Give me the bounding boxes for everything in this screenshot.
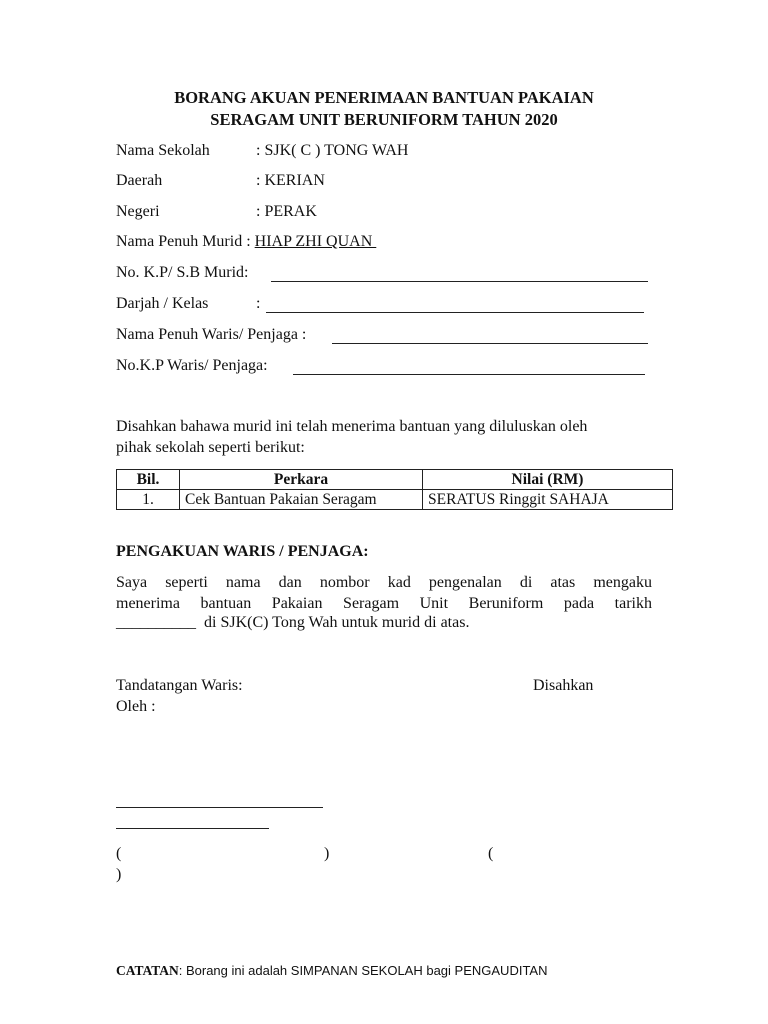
- acknowledgement-line-3-text: di SJK(C) Tong Wah untuk murid di atas.: [196, 614, 469, 631]
- guardian-ic-label: No.K.P Waris/ Penjaga:: [116, 357, 272, 375]
- guardian-name-paren-open: (: [116, 845, 121, 863]
- acknowledgement-line-3: __________ di SJK(C) Tong Wah untuk muri…: [116, 614, 469, 632]
- form-title-line-2: SERAGAM UNIT BERUNIFORM TAHUN 2020: [0, 110, 768, 130]
- state-value: : PERAK: [256, 203, 317, 221]
- class-label: Darjah / Kelas: [116, 295, 208, 313]
- note-label: CATATAN: [116, 963, 179, 978]
- table-row: 1. Cek Bantuan Pakaian Seragam SERATUS R…: [117, 490, 673, 510]
- header-bil: Bil.: [117, 470, 180, 490]
- aid-items-table: Bil. Perkara Nilai (RM) 1. Cek Bantuan P…: [116, 469, 673, 510]
- approved-by-label: Oleh :: [116, 698, 156, 716]
- approver-signature-line[interactable]: [116, 828, 269, 829]
- acknowledgement-line-2: menerima bantuan Pakaian Seragam Unit Be…: [116, 593, 652, 614]
- approver-name-paren-open: (: [488, 845, 493, 863]
- guardian-name-input-line[interactable]: [332, 343, 648, 344]
- student-ic-input-line[interactable]: [271, 281, 648, 282]
- footer-note: CATATAN: Borang ini adalah SIMPANAN SEKO…: [116, 963, 547, 979]
- form-title-line-1: BORANG AKUAN PENERIMAAN BANTUAN PAKAIAN: [0, 88, 768, 108]
- district-label: Daerah: [116, 172, 162, 190]
- header-nilai: Nilai (RM): [423, 470, 673, 490]
- guardian-name-label: Nama Penuh Waris/ Penjaga :: [116, 326, 306, 344]
- school-label: Nama Sekolah: [116, 142, 210, 160]
- date-blank[interactable]: __________: [116, 614, 196, 631]
- guardian-name-paren-close: ): [324, 845, 329, 863]
- guardian-ic-input-line[interactable]: [293, 374, 645, 375]
- header-perkara: Perkara: [180, 470, 423, 490]
- student-ic-label: No. K.P/ S.B Murid:: [116, 264, 252, 282]
- school-value: : SJK( C ) TONG WAH: [256, 142, 408, 160]
- class-input-line[interactable]: [266, 312, 644, 313]
- student-name-value: HIAP ZHI QUAN: [255, 233, 377, 250]
- cell-nilai: SERATUS Ringgit SAHAJA: [423, 490, 673, 510]
- guardian-signature-label: Tandatangan Waris:: [116, 677, 243, 695]
- district-value: : KERIAN: [256, 172, 325, 190]
- cell-bil: 1.: [117, 490, 180, 510]
- class-colon: :: [256, 295, 260, 313]
- acknowledgement-heading: PENGAKUAN WARIS / PENJAGA:: [116, 543, 369, 561]
- approved-label: Disahkan: [533, 677, 593, 695]
- cell-perkara: Cek Bantuan Pakaian Seragam: [180, 490, 423, 510]
- table-header-row: Bil. Perkara Nilai (RM): [117, 470, 673, 490]
- guardian-signature-line[interactable]: [116, 807, 323, 808]
- student-name-label: Nama Penuh Murid :: [116, 233, 255, 250]
- confirmation-line-2: pihak sekolah seperti berikut:: [116, 439, 305, 457]
- state-label: Negeri: [116, 203, 160, 221]
- note-text: : Borang ini adalah SIMPANAN SEKOLAH bag…: [179, 963, 548, 978]
- acknowledgement-line-1: Saya seperti nama dan nombor kad pengena…: [116, 572, 652, 593]
- approver-name-paren-close: ): [116, 866, 121, 884]
- confirmation-line-1: Disahkan bahawa murid ini telah menerima…: [116, 418, 587, 436]
- student-name-field: Nama Penuh Murid : HIAP ZHI QUAN: [116, 233, 376, 251]
